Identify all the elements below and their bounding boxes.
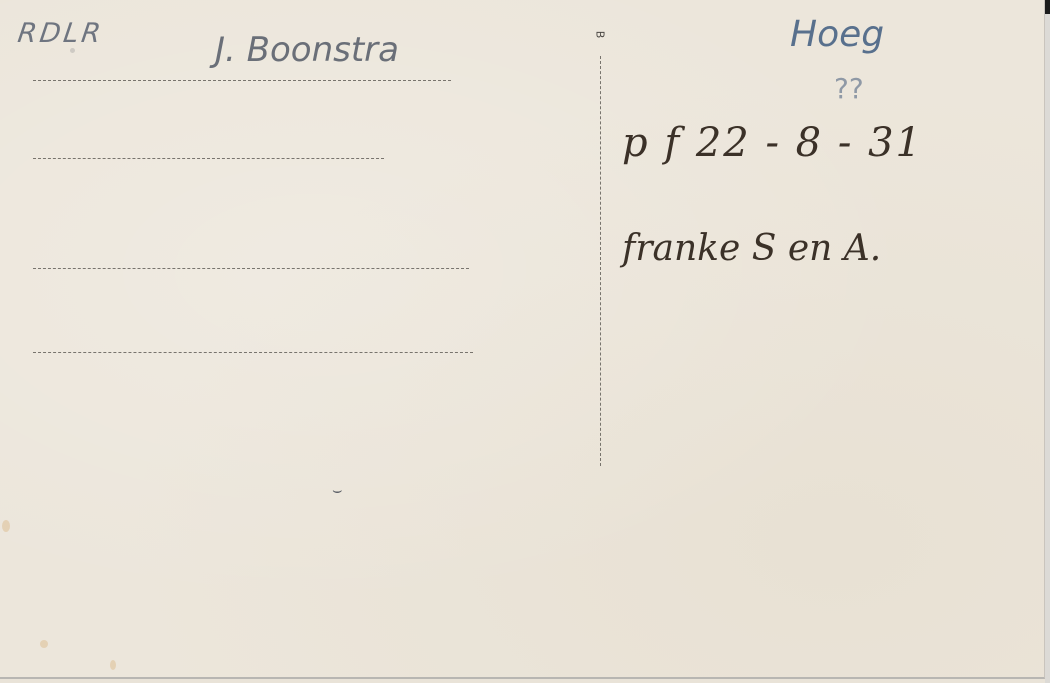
address-line-1: [33, 80, 451, 81]
scan-edge: [1045, 0, 1050, 683]
date-line: p f 22 - 8 - 31: [622, 120, 923, 166]
address-line-3: [33, 268, 469, 269]
stray-mark: ⌣: [332, 480, 343, 500]
postcard-back: RDLR J. Boonstra ⌣ B Hoeg ?? p f 22 - 8 …: [0, 0, 1045, 679]
address-line-2: [33, 158, 384, 159]
query-note: ??: [834, 72, 864, 105]
name-note: Hoeg: [790, 14, 884, 55]
place-line: franke S en A.: [622, 228, 881, 269]
scan-edge-dark: [1045, 0, 1050, 14]
center-divider: [600, 56, 601, 466]
foxing-spot: [110, 660, 116, 670]
foxing-spot: [2, 520, 10, 532]
signature: J. Boonstra: [215, 30, 399, 70]
corner-note: RDLR: [16, 18, 106, 49]
address-line-4: [33, 352, 473, 353]
foxing-spot: [40, 640, 48, 648]
foxing-spot: [70, 48, 75, 53]
printer-mark: B: [593, 31, 606, 39]
